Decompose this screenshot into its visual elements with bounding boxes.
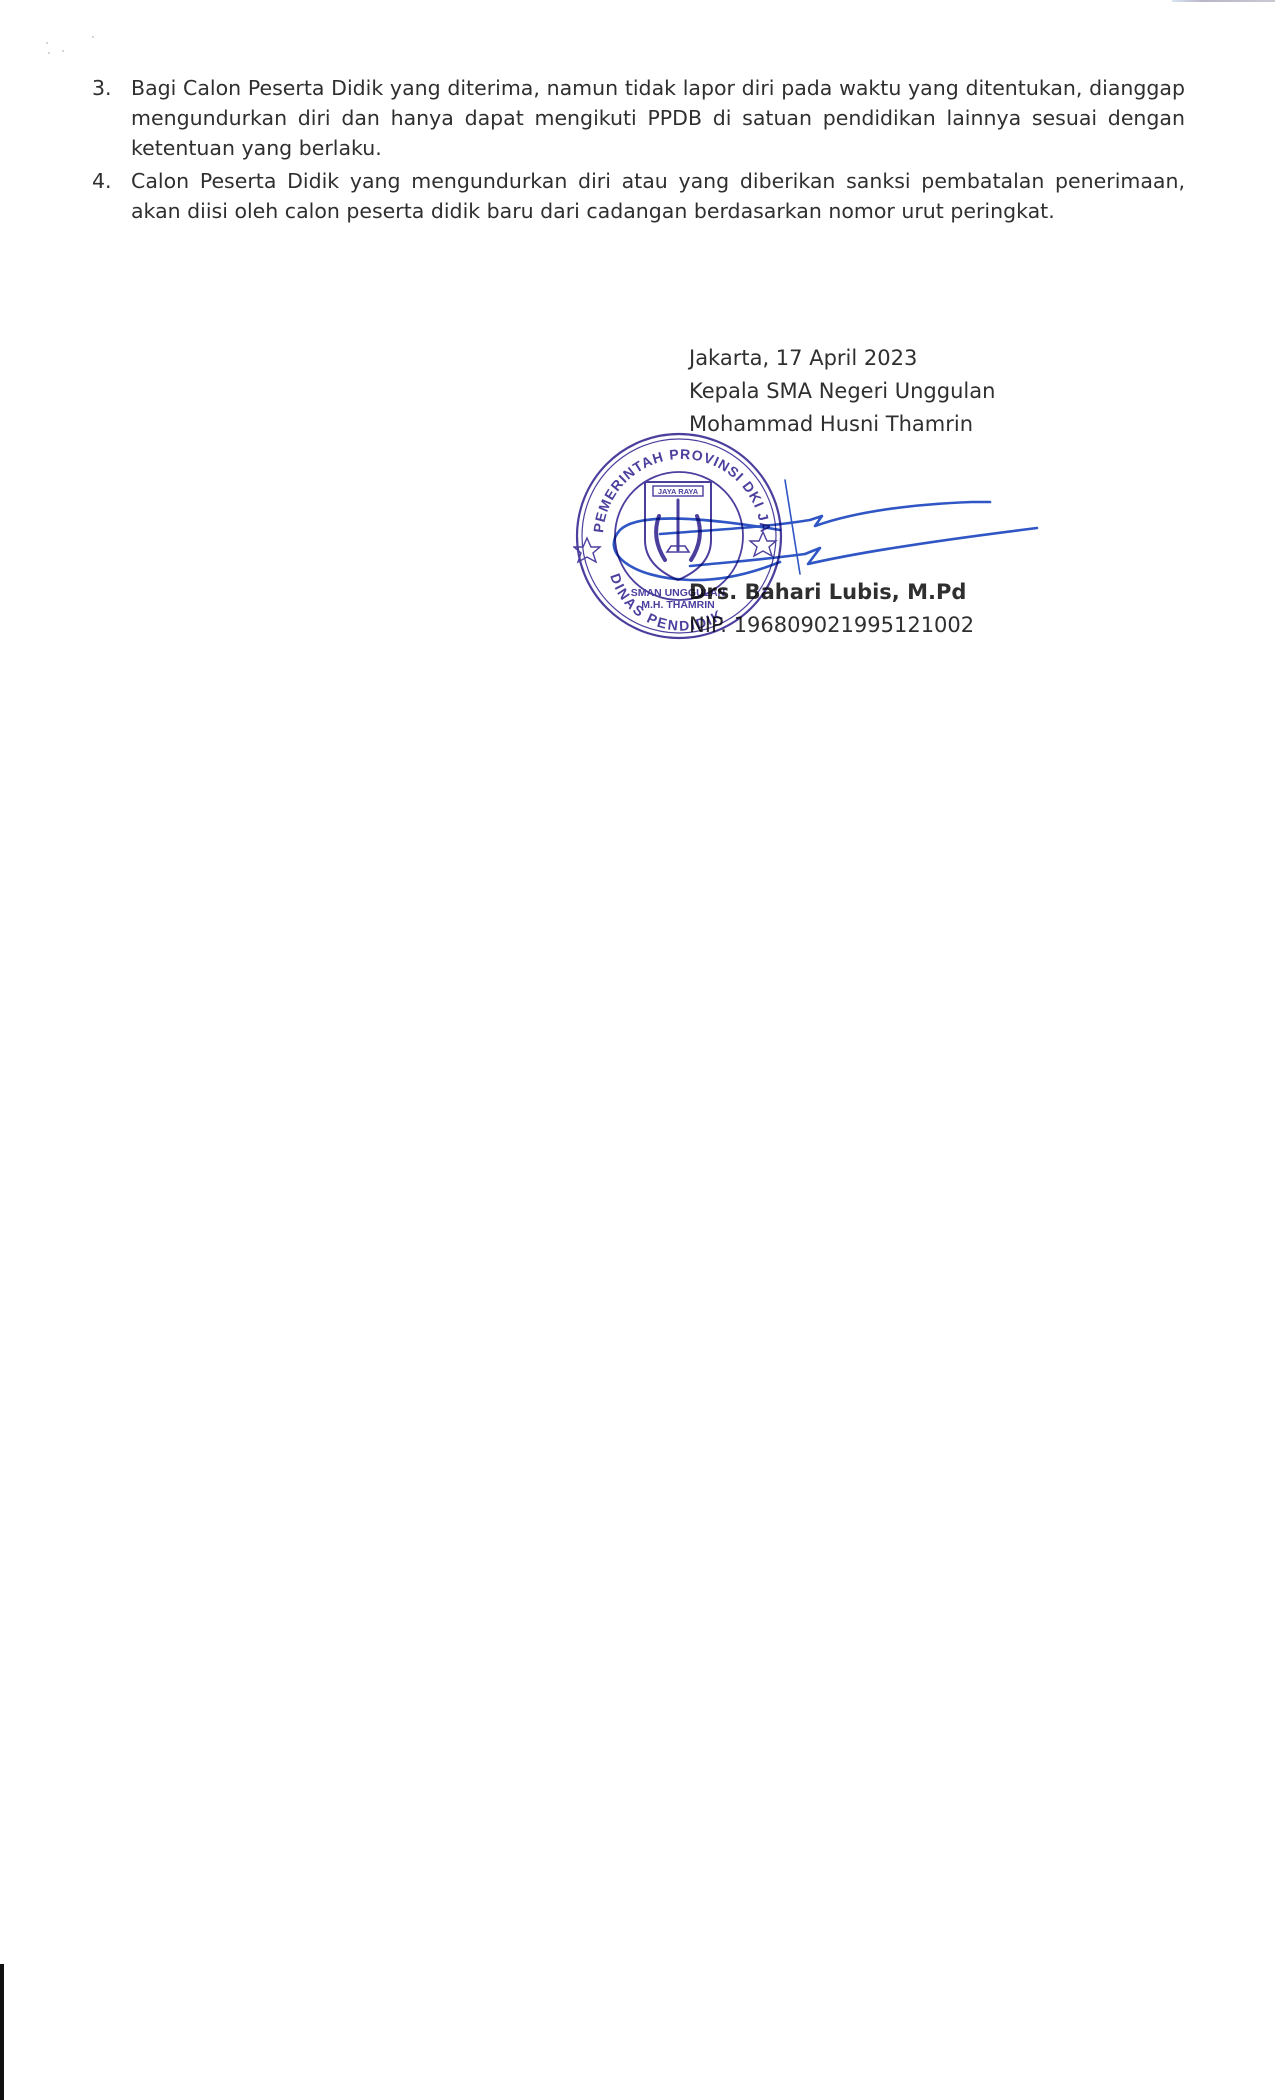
list-item: 4. Calon Peserta Didik yang mengundurkan… <box>92 166 1185 226</box>
numbered-list: 3. Bagi Calon Peserta Didik yang diterim… <box>92 73 1185 229</box>
list-item: 3. Bagi Calon Peserta Didik yang diterim… <box>92 73 1185 163</box>
scan-artifact <box>40 30 100 60</box>
handwritten-signature-icon <box>600 470 1040 600</box>
svg-text:M.H. THAMRIN: M.H. THAMRIN <box>641 599 715 611</box>
place-date: Jakarta, 17 April 2023 <box>689 342 1109 375</box>
scan-edge-bar <box>0 1964 4 2100</box>
list-text: Bagi Calon Peserta Didik yang diterima, … <box>131 73 1185 163</box>
position-title: Kepala SMA Negeri Unggulan <box>689 375 1109 408</box>
scan-edge <box>1172 0 1275 2</box>
list-number: 4. <box>92 166 112 196</box>
document-page: 3. Bagi Calon Peserta Didik yang diterim… <box>0 0 1275 2100</box>
list-number: 3. <box>92 73 112 103</box>
list-text: Calon Peserta Didik yang mengundurkan di… <box>131 166 1185 226</box>
